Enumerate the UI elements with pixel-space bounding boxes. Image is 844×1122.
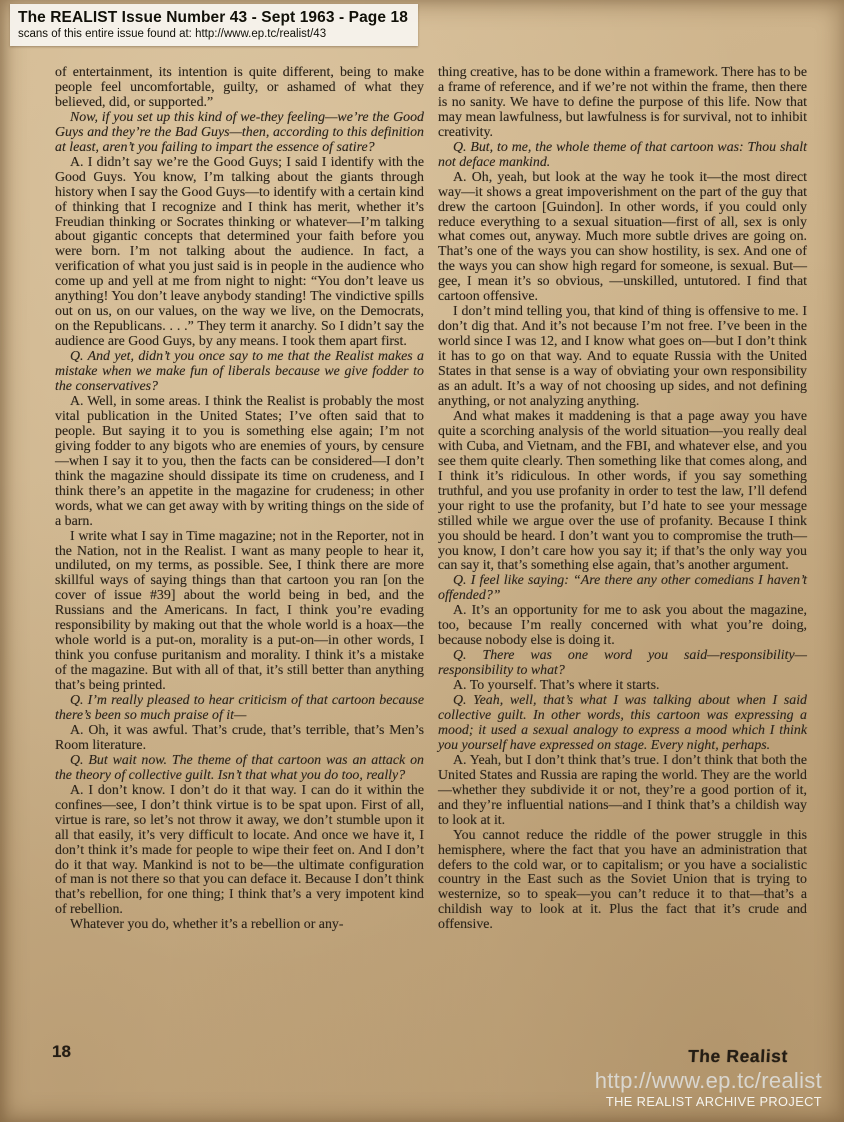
page-number: 18: [52, 1042, 71, 1062]
answer-paragraph: A. Oh, yeah, but look at the way he took…: [438, 171, 807, 306]
article-body: of entertainment, its intention is quite…: [55, 66, 807, 933]
magazine-name-footer: The Realist: [687, 1046, 788, 1067]
scan-header: The REALIST Issue Number 43 - Sept 1963 …: [10, 4, 418, 46]
answer-paragraph: A. I don’t know. I don’t do it that way.…: [55, 784, 424, 919]
answer-paragraph: A. It’s an opportunity for me to ask you…: [438, 604, 807, 649]
archive-url-text: http://www.ep.tc/realist: [595, 1068, 822, 1094]
answer-paragraph: A. Oh, it was awful. That’s crude, that’…: [55, 724, 424, 754]
question-paragraph: Q. I feel like saying: “Are there any ot…: [438, 574, 807, 604]
answer-paragraph: A. I didn’t say we’re the Good Guys; I s…: [55, 156, 424, 350]
answer-paragraph: I don’t mind telling you, that kind of t…: [438, 305, 807, 410]
scan-header-title: The REALIST Issue Number 43 - Sept 1963 …: [18, 8, 408, 27]
question-paragraph: Q. And yet, didn’t you once say to me th…: [55, 350, 424, 395]
question-paragraph: Q. There was one word you said—responsib…: [438, 649, 807, 679]
answer-paragraph: of entertainment, its intention is quite…: [55, 66, 424, 111]
question-paragraph: Q. Yeah, well, that’s what I was talking…: [438, 694, 807, 754]
question-paragraph: Q. But wait now. The theme of that carto…: [55, 754, 424, 784]
archive-project-label: THE REALIST ARCHIVE PROJECT: [595, 1094, 822, 1110]
archive-overlay: http://www.ep.tc/realist THE REALIST ARC…: [595, 1068, 822, 1110]
answer-paragraph: A. Yeah, but I don’t think that’s true. …: [438, 754, 807, 829]
answer-paragraph: A. Well, in some areas. I think the Real…: [55, 395, 424, 530]
right-column: thing creative, has to be done within a …: [438, 66, 807, 933]
answer-paragraph: A. To yourself. That’s where it starts.: [438, 679, 807, 694]
answer-paragraph: You cannot reduce the riddle of the powe…: [438, 829, 807, 934]
scanned-magazine-page: The REALIST Issue Number 43 - Sept 1963 …: [0, 0, 844, 1122]
answer-paragraph: And what makes it maddening is that a pa…: [438, 410, 807, 574]
answer-paragraph: thing creative, has to be done within a …: [438, 66, 807, 141]
answer-paragraph: Whatever you do, whether it’s a rebellio…: [55, 918, 424, 933]
answer-paragraph: I write what I say in Time magazine; not…: [55, 530, 424, 694]
scan-header-source-note: scans of this entire issue found at: htt…: [18, 27, 408, 41]
question-paragraph: Q. But, to me, the whole theme of that c…: [438, 141, 807, 171]
question-paragraph: Now, if you set up this kind of we-they …: [55, 111, 424, 156]
left-column: of entertainment, its intention is quite…: [55, 66, 424, 933]
question-paragraph: Q. I’m really pleased to hear criticism …: [55, 694, 424, 724]
